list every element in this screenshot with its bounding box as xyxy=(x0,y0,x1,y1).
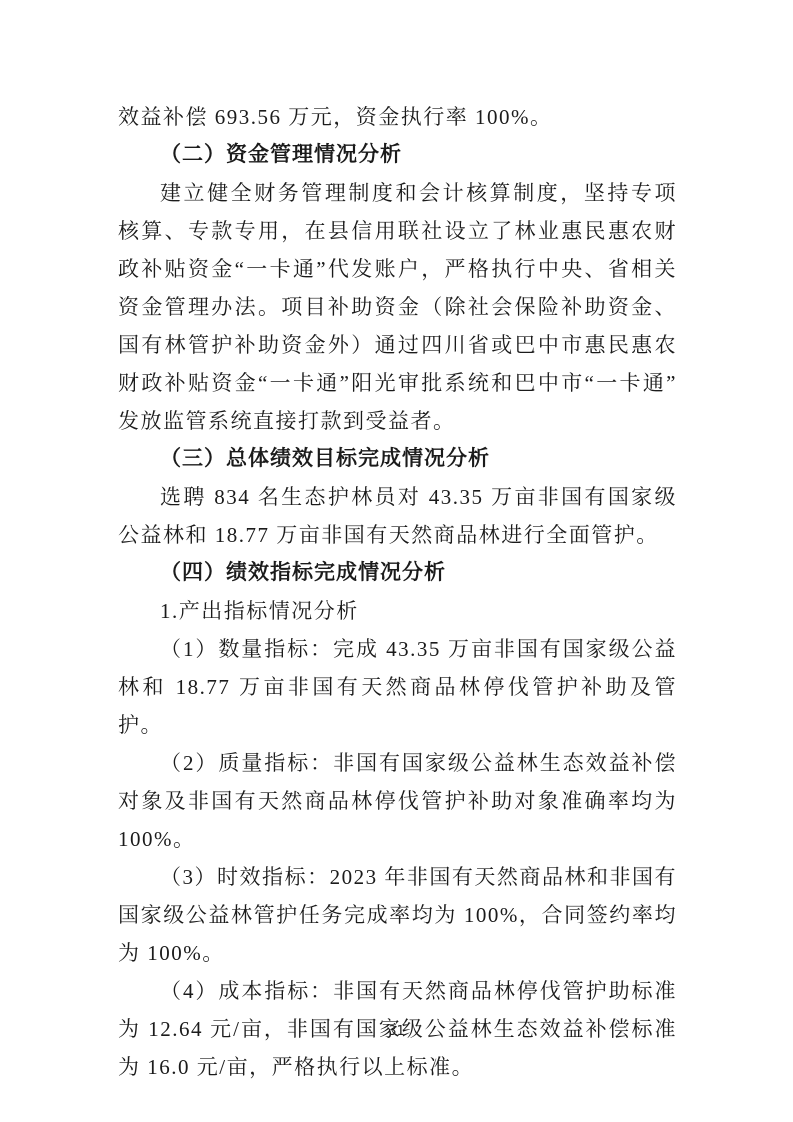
paragraph-funds-execution: 效益补偿 693.56 万元，资金执行率 100%。 xyxy=(118,98,677,136)
page-footer: 31 xyxy=(0,1022,793,1041)
document-page: 效益补偿 693.56 万元，资金执行率 100%。 （二）资金管理情况分析 建… xyxy=(0,0,793,1122)
section-heading-2-fund-management: （二）资金管理情况分析 xyxy=(118,136,677,174)
paragraph-timeliness-indicator: （3）时效指标：2023 年非国有天然商品林和非国有国家级公益林管护任务完成率均… xyxy=(118,858,677,972)
paragraph-fund-management-analysis: 建立健全财务管理制度和会计核算制度，坚持专项核算、专款专用，在县信用联社设立了林… xyxy=(118,174,677,440)
paragraph-output-indicator-title: 1.产出指标情况分析 xyxy=(118,592,677,630)
page-body: 效益补偿 693.56 万元，资金执行率 100%。 （二）资金管理情况分析 建… xyxy=(118,98,677,1086)
paragraph-quantity-indicator: （1）数量指标：完成 43.35 万亩非国有国家级公益林和 18.77 万亩非国… xyxy=(118,630,677,744)
section-heading-3-overall-performance: （三）总体绩效目标完成情况分析 xyxy=(118,440,677,478)
page-number: 31 xyxy=(389,1024,405,1039)
section-heading-4-performance-indicators: （四）绩效指标完成情况分析 xyxy=(118,554,677,592)
paragraph-overall-performance: 选聘 834 名生态护林员对 43.35 万亩非国有国家级公益林和 18.77 … xyxy=(118,478,677,554)
paragraph-quality-indicator: （2）质量指标：非国有国家级公益林生态效益补偿对象及非国有天然商品林停伐管护补助… xyxy=(118,744,677,858)
